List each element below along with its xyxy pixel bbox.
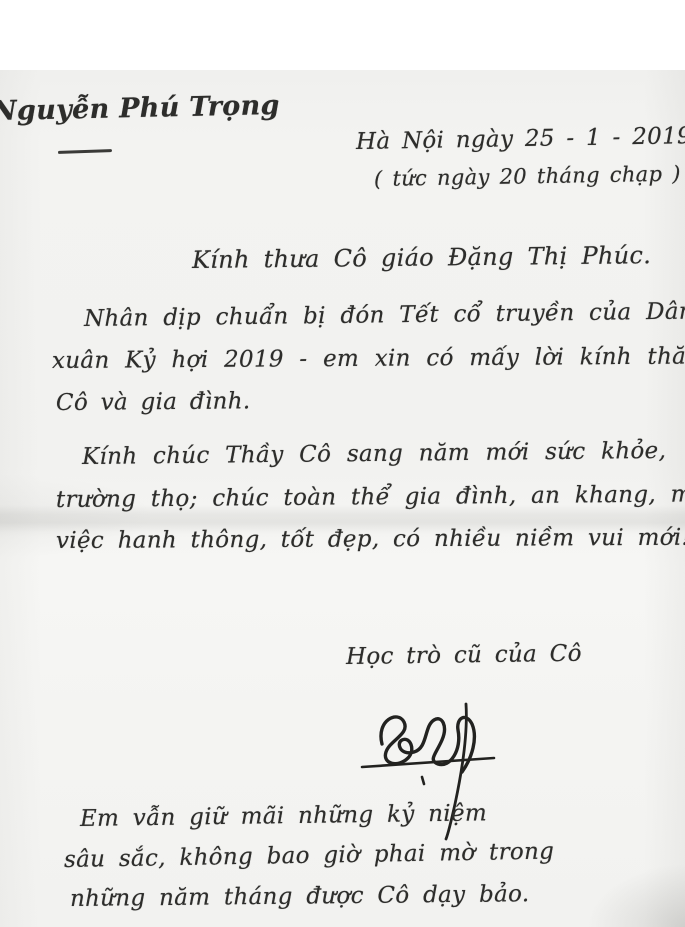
wishes-paragraph-line-2: trường thọ; chúc toàn thể gia đình, an k… <box>56 481 685 513</box>
greeting-paragraph-line-3: Cô và gia đình. <box>56 388 251 416</box>
greeting-paragraph-line-2: xuân Kỷ hợi 2019 - em xin có mấy lời kín… <box>52 343 685 374</box>
letter-scan-page: Nguyễn Phú Trọng Hà Nội ngày 25 - 1 - 20… <box>0 0 685 927</box>
postscript-line-3: những năm tháng được Cô dạy bảo. <box>70 881 530 912</box>
wishes-paragraph-line-3: việc hanh thông, tốt đẹp, có nhiều niềm … <box>56 525 685 554</box>
closing-line: Học trò cũ của Cô <box>346 641 582 670</box>
author-name: Nguyễn Phú Trọng <box>0 90 280 127</box>
salutation-line: Kính thưa Cô giáo Đặng Thị Phúc. <box>192 241 651 274</box>
